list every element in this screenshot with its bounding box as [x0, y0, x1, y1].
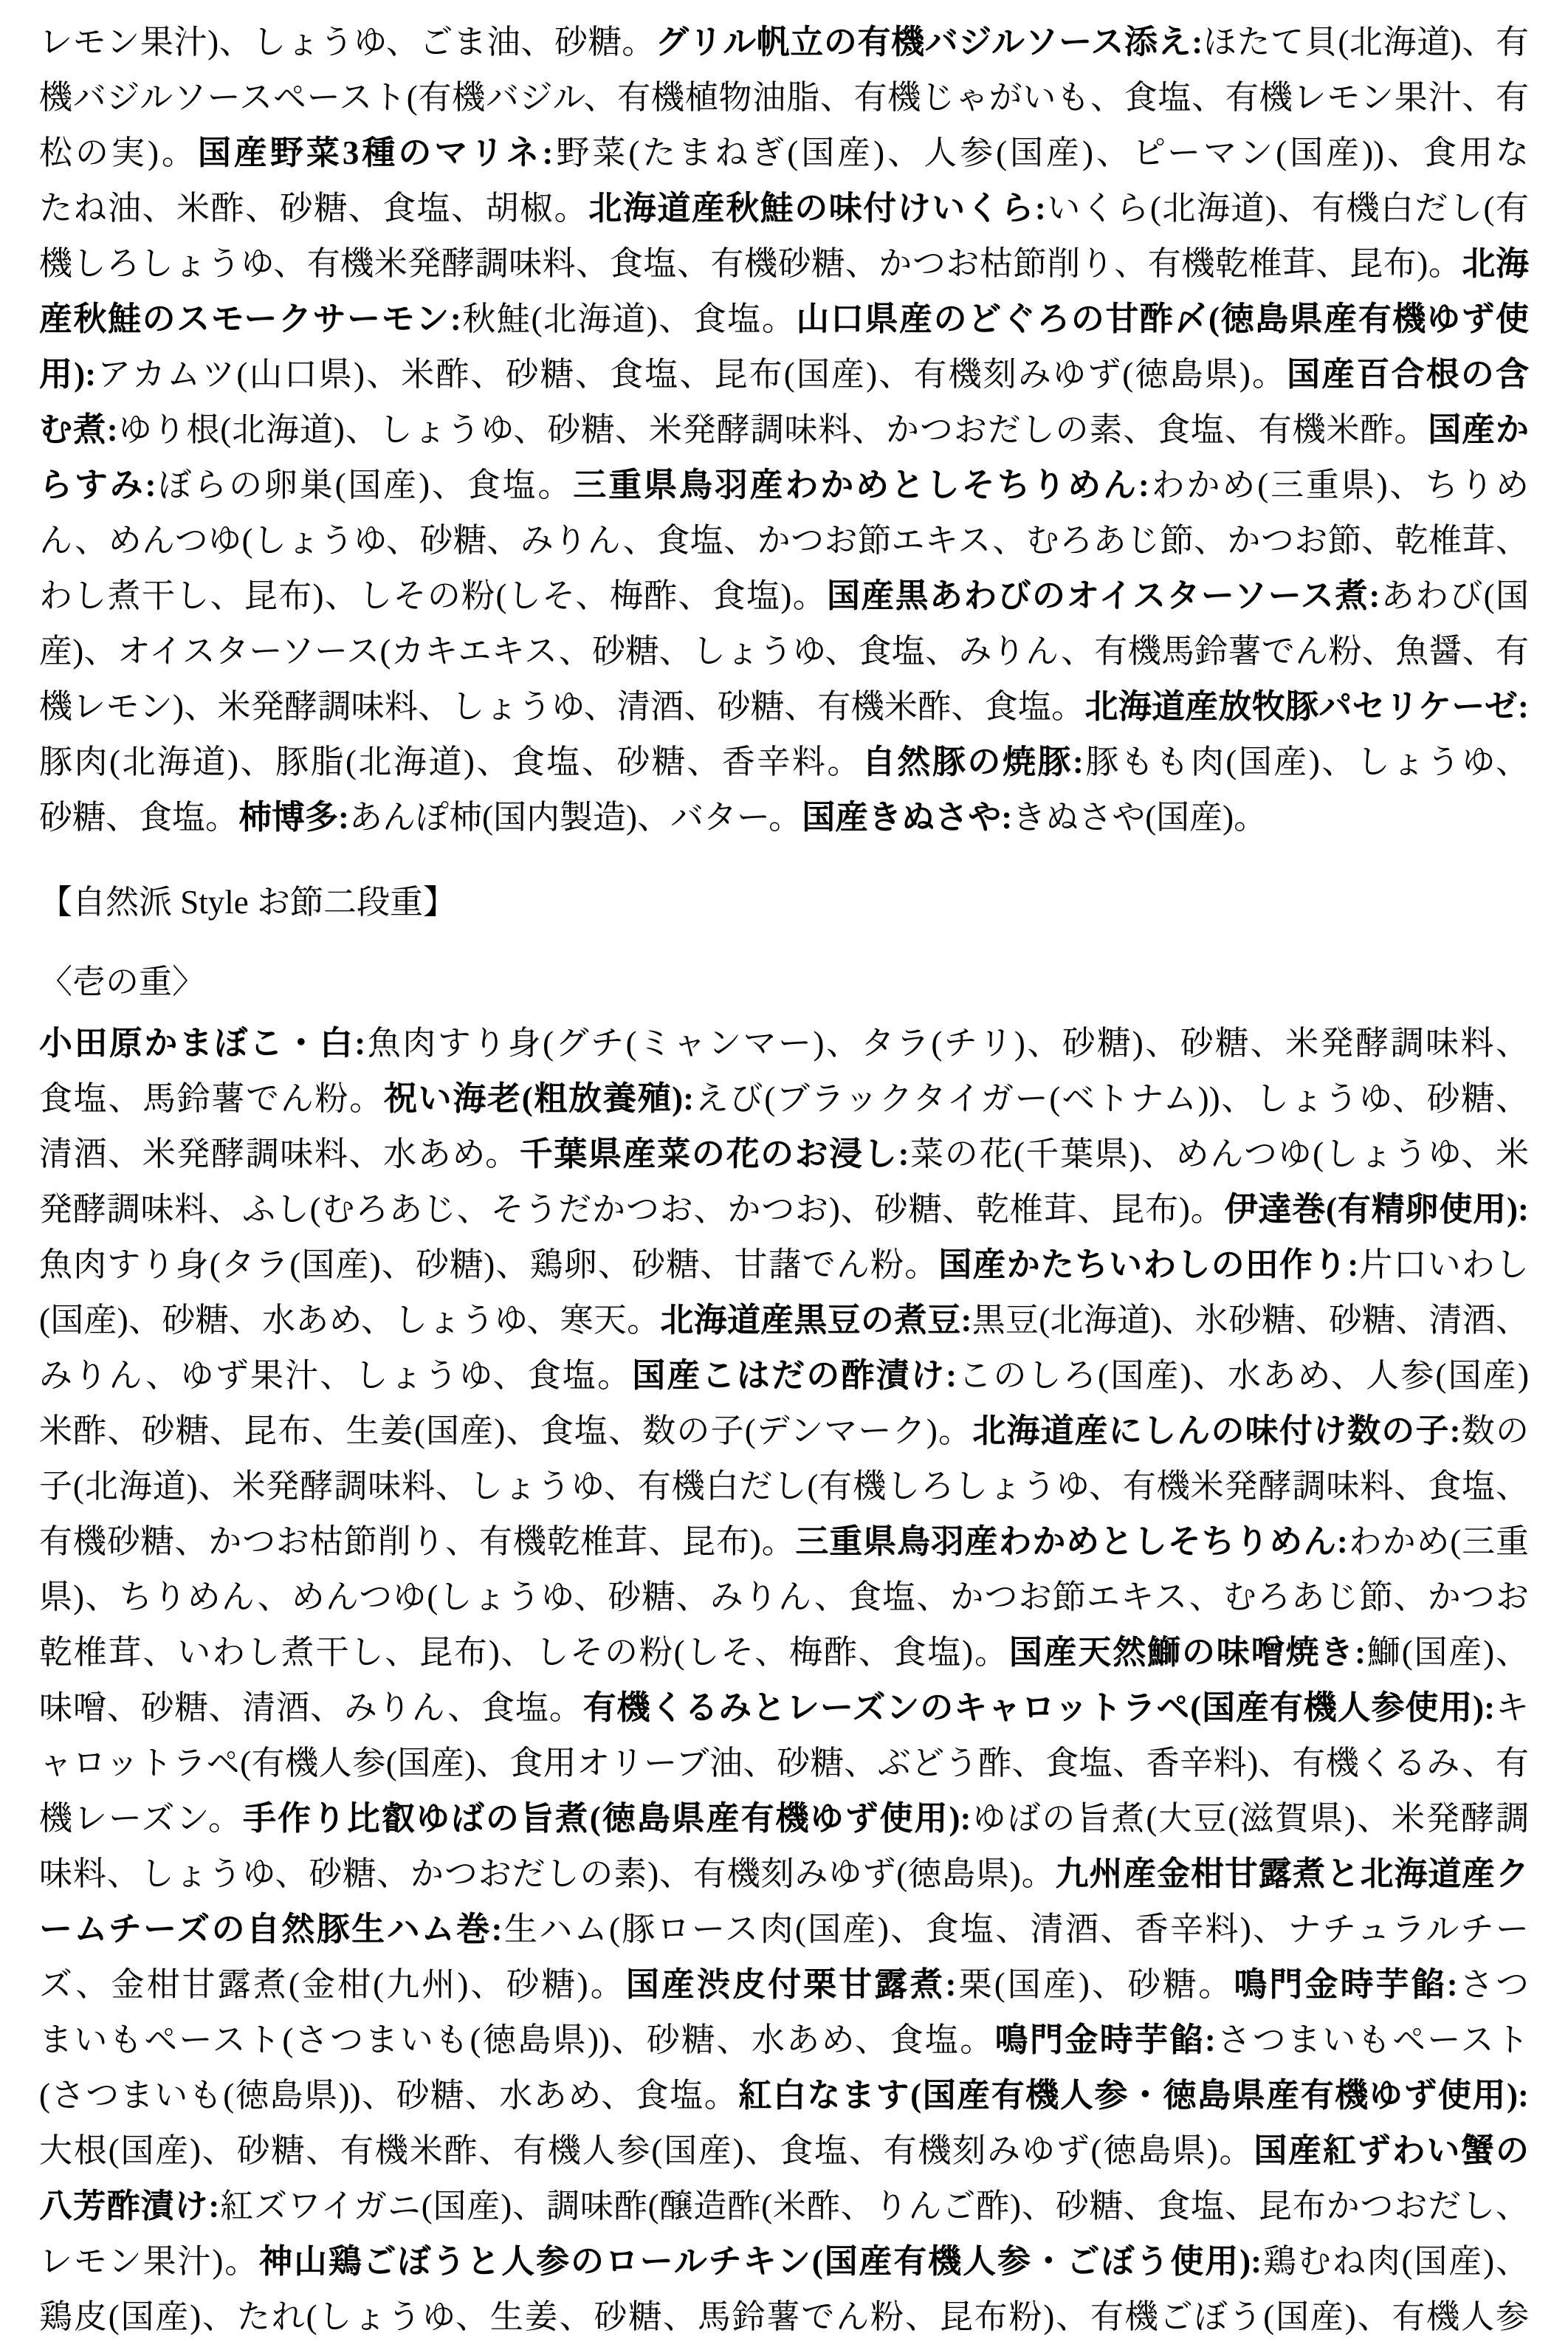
document-page: レモン果汁)、しょうゆ、ごま油、砂糖。グリル帆立の有機バジルソース添え:ほたて貝…	[0, 0, 1568, 2350]
ingredient-text: 大根(国産)、砂糖、有機米酢、有機人参(国産)、食塩、有機刻みゆず(徳島県)。	[39, 2132, 1254, 2169]
dish-name: 柿博多:	[238, 799, 349, 836]
text-line: 子(北海道)、米発酵調味料、しょうゆ、有機白だし(有機しろしょうゆ、有機米発酵調…	[39, 1459, 1529, 1514]
text-line: ん、めんつゆ(しょうゆ、砂糖、みりん、食塩、かつお節エキス、むろあじ節、かつお節…	[39, 513, 1529, 568]
dish-name: 国産紅ずわい蟹の	[1254, 2132, 1529, 2169]
ingredient-text: ゆばの旨煮(大豆(滋賀県)、米発酵調	[971, 1800, 1529, 1837]
ingredient-text: ぼらの卵巣(国産)、食塩。	[157, 467, 574, 504]
ingredient-text: 有機砂糖、かつお枯節削り、有機乾椎茸、昆布)。	[39, 1523, 795, 1560]
ingredient-text: 子(北海道)、米発酵調味料、しょうゆ、有機白だし(有機しろしょうゆ、有機米発酵調…	[39, 1468, 1529, 1505]
ingredient-text: ズ、金柑甘露煮(金柑(九州)、砂糖)。	[39, 1966, 626, 2003]
text-line: たね油、米酢、砂糖、食塩、胡椒。北海道産秋鮭の味付けいくら:いくら(北海道)、有…	[39, 181, 1529, 236]
ingredient-text: 黒豆(北海道)、氷砂糖、砂糖、清酒、	[972, 1302, 1529, 1339]
ingredient-text: 砂糖、食塩。	[39, 799, 238, 836]
ingredient-text: ゆり根(北海道)、しょうゆ、砂糖、米発酵調味料、かつおだしの素、食塩、有機米酢。	[118, 411, 1428, 448]
text-line: ームチーズの自然豚生ハム巻:生ハム(豚ロース肉(国産)、食塩、清酒、香辛料)、ナ…	[39, 1902, 1529, 1957]
dish-name: 三重県鳥羽産わかめとしそちりめん:	[795, 1523, 1348, 1560]
ingredient-text: きぬさや(国産)。	[1012, 799, 1267, 836]
ingredient-text: いくら(北海道)、有機白だし(有	[1046, 190, 1529, 227]
text-line: ャロットラペ(有機人参(国産)、食用オリーブ油、砂糖、ぶどう酢、食塩、香辛料)、…	[39, 1736, 1529, 1791]
ingredient-text: 紅ズワイガニ(国産)、調味酢(醸造酢(米酢、りんご酢)、砂糖、食塩、昆布かつおだ…	[219, 2188, 1529, 2224]
ingredient-text: 味噌、砂糖、清酒、みりん、食塩。	[39, 1689, 583, 1726]
ingredient-text: わかめ(三重	[1348, 1523, 1529, 1560]
text-line: らすみ:ぼらの卵巣(国産)、食塩。三重県鳥羽産わかめとしそちりめん:わかめ(三重…	[39, 458, 1529, 513]
dish-name: らすみ:	[39, 467, 157, 504]
ingredient-text: 秋鮭(北海道)、食塩。	[461, 300, 797, 337]
document-body: レモン果汁)、しょうゆ、ごま油、砂糖。グリル帆立の有機バジルソース添え:ほたて貝…	[0, 0, 1568, 2345]
dish-name: 紅白なます(国産有機人参・徳島県産有機ゆず使用):	[738, 2077, 1529, 2114]
ingredient-text: 米酢、砂糖、昆布、生姜(国産)、食塩、数の子(デンマーク)。	[39, 1412, 972, 1449]
ingredient-text: 鶏むね肉(国産)、	[1262, 2243, 1529, 2280]
dish-name: 国産きぬさや:	[802, 799, 1012, 836]
ingredient-text: 菜の花(千葉県)、めんつゆ(しょうゆ、米	[909, 1136, 1530, 1172]
text-line: 小田原かまぼこ・白:魚肉すり身(グチ(ミャンマー)、タラ(チリ)、砂糖)、砂糖、…	[39, 1016, 1529, 1071]
dish-name: 三重県鳥羽産わかめとしそちりめん:	[573, 467, 1149, 504]
dish-name: 北海道産秋鮭の味付けいくら:	[588, 190, 1046, 227]
text-line: 県)、ちりめん、めんつゆ(しょうゆ、砂糖、みりん、食塩、かつお節エキス、むろあじ…	[39, 1570, 1529, 1625]
dish-name: む煮:	[39, 411, 118, 448]
ingredient-text: アカムツ(山口県)、米酢、砂糖、食塩、昆布(国産)、有機刻みゆず(徳島県)。	[96, 356, 1287, 393]
dish-name: 神山鶏ごぼうと人参のロールチキン(国産有機人参・ごぼう使用):	[259, 2243, 1262, 2280]
ingredient-text: 豚もも肉(国産)、しょうゆ、	[1084, 743, 1529, 780]
ingredient-text: 県)、ちりめん、めんつゆ(しょうゆ、砂糖、みりん、食塩、かつお節エキス、むろあじ…	[39, 1578, 1529, 1625]
ingredient-text: 鶏皮(国産)、たれ(しょうゆ、生姜、砂糖、馬鈴薯でん粉、昆布粉)、有機ごぼう(国…	[39, 2298, 1529, 2335]
ingredient-text: わし煮干し、昆布)、しその粉(しそ、梅酢、食塩)。	[39, 577, 827, 614]
dish-name: 産秋鮭のスモークサーモン:	[39, 300, 461, 337]
ingredient-text: えび(ブラックタイガー(ベトナム))、しょうゆ、砂糖、	[694, 1080, 1529, 1117]
ingredient-text: (さつまいも(徳島県))、砂糖、水あめ、食塩。	[39, 2077, 738, 2114]
dish-name: 有機くるみとレーズンのキャロットラペ(国産有機人参使用):	[583, 1689, 1495, 1726]
text-line: 砂糖、食塩。柿博多:あんぽ柿(国内製造)、バター。国産きぬさや:きぬさや(国産)…	[39, 790, 1529, 845]
ingredient-text: ほたて貝(北海道)、有	[1203, 24, 1529, 61]
ingredient-text: 魚肉すり身(グチ(ミャンマー)、タラ(チリ)、砂糖)、砂糖、米発酵調味料、	[365, 1025, 1529, 1062]
set-title-heading: 【自然派 Style お節二段重】	[39, 875, 1529, 930]
text-line: 機レモン)、米発酵調味料、しょうゆ、清酒、砂糖、有機米酢、食塩。北海道産放牧豚パ…	[39, 679, 1529, 735]
ingredient-text: 片口いわし	[1358, 1246, 1529, 1283]
dish-name: 国産か	[1428, 411, 1529, 448]
dish-name: ームチーズの自然豚生ハム巻:	[39, 1911, 503, 1948]
text-line: 鶏皮(国産)、たれ(しょうゆ、生姜、砂糖、馬鈴薯でん粉、昆布粉)、有機ごぼう(国…	[39, 2289, 1529, 2345]
ingredient-text: さつ	[1458, 1966, 1529, 2003]
dish-name: 北海道産にしんの味付け数の子:	[972, 1412, 1460, 1449]
text-line: まいもペースト(さつまいも(徳島県))、砂糖、水あめ、食塩。鳴門金時芋餡:さつま…	[39, 2013, 1529, 2068]
text-line: 機バジルソースペースト(有機バジル、有機植物油脂、有機じゃがいも、食塩、有機レモ…	[39, 70, 1529, 126]
ingredient-text: たね油、米酢、砂糖、食塩、胡椒。	[39, 190, 588, 227]
ingredient-text: 野菜(たまねぎ(国産)、人参(国産)、ピーマン(国産))、食用な	[553, 134, 1529, 171]
ingredient-text: あんぽ柿(国内製造)、バター。	[349, 799, 802, 836]
text-line: 大根(国産)、砂糖、有機米酢、有機人参(国産)、食塩、有機刻みゆず(徳島県)。国…	[39, 2123, 1529, 2179]
ingredient-text: あわび(国	[1380, 577, 1529, 614]
dish-name: グリル帆立の有機バジルソース添え:	[656, 24, 1203, 61]
text-line: 用):アカムツ(山口県)、米酢、砂糖、食塩、昆布(国産)、有機刻みゆず(徳島県)…	[39, 347, 1529, 402]
tier-one-subheading: 〈壱の重〉	[39, 955, 1529, 1010]
text-line: 味料、しょうゆ、砂糖、かつおだしの素)、有機刻みゆず(徳島県)。九州産金柑甘露煮…	[39, 1846, 1529, 1902]
ingredient-text: 数の	[1461, 1412, 1529, 1449]
dish-name: 自然豚の焼豚:	[862, 743, 1084, 780]
text-line: 米酢、砂糖、昆布、生姜(国産)、食塩、数の子(デンマーク)。北海道産にしんの味付…	[39, 1404, 1529, 1459]
ingredient-text: 栗(国産)、砂糖。	[957, 1966, 1234, 2003]
ingredient-text: わかめ(三重県)、ちりめ	[1149, 467, 1529, 504]
ingredient-text: 松の実)。	[39, 134, 198, 171]
dish-name: 国産かたちいわしの田作り:	[938, 1246, 1358, 1283]
ingredient-text: 魚肉すり身(タラ(国産)、砂糖)、鶏卵、砂糖、甘藷でん粉。	[39, 1246, 938, 1283]
dish-name: 鳴門金時芋餡:	[995, 2021, 1216, 2058]
ingredient-text: 清酒、米発酵調味料、水あめ。	[39, 1136, 520, 1172]
dish-name: 国産百合根の含	[1287, 356, 1529, 393]
ingredient-text: (国産)、砂糖、水あめ、しょうゆ、寒天。	[39, 1302, 660, 1339]
ingredient-text: レモン果汁)。	[39, 2243, 259, 2280]
text-line: 松の実)。国産野菜3種のマリネ:野菜(たまねぎ(国産)、人参(国産)、ピーマン(…	[39, 126, 1529, 181]
ingredient-text: 機レーズン。	[39, 1800, 243, 1837]
ingredient-text: 鰤(国産)、	[1366, 1634, 1529, 1671]
dish-name: 北海道産放牧豚パセリケーゼ:	[1084, 688, 1529, 725]
ingredient-text: レモン果汁)、しょうゆ、ごま油、砂糖。	[39, 24, 656, 61]
text-line: む煮:ゆり根(北海道)、しょうゆ、砂糖、米発酵調味料、かつおだしの素、食塩、有機…	[39, 402, 1529, 458]
text-line: みりん、ゆず果汁、しょうゆ、食塩。国産こはだの酢漬け:このしろ(国産)、水あめ、…	[39, 1348, 1529, 1404]
text-line: 機しろしょうゆ、有機米発酵調味料、食塩、有機砂糖、かつお枯節削り、有機乾椎茸、昆…	[39, 236, 1529, 292]
ingredient-text: ャロットラペ(有機人参(国産)、食用オリーブ油、砂糖、ぶどう酢、食塩、香辛料)、…	[39, 1745, 1529, 1782]
ingredient-text: ん、めんつゆ(しょうゆ、砂糖、みりん、食塩、かつお節エキス、むろあじ節、かつお節…	[39, 522, 1529, 568]
ingredient-text: 乾椎茸、いわし煮干し、昆布)、しその粉(しそ、梅酢、食塩)。	[39, 1634, 1009, 1671]
text-line: ズ、金柑甘露煮(金柑(九州)、砂糖)。国産渋皮付栗甘露煮:栗(国産)、砂糖。鳴門…	[39, 1957, 1529, 2013]
ingredient-text: 産)、オイスターソース(カキエキス、砂糖、しょうゆ、食塩、みりん、有機馬鈴薯でん…	[39, 633, 1529, 670]
ingredient-text: 味料、しょうゆ、砂糖、かつおだしの素)、有機刻みゆず(徳島県)。	[39, 1855, 1055, 1892]
ingredient-text: キ	[1495, 1689, 1529, 1726]
text-line: レモン果汁)、しょうゆ、ごま油、砂糖。グリル帆立の有機バジルソース添え:ほたて貝…	[39, 15, 1529, 70]
text-line: (国産)、砂糖、水あめ、しょうゆ、寒天。北海道産黒豆の煮豆:黒豆(北海道)、氷砂…	[39, 1293, 1529, 1348]
text-line: 産秋鮭のスモークサーモン:秋鮭(北海道)、食塩。山口県産のどぐろの甘酢〆(徳島県…	[39, 292, 1529, 347]
text-line: わし煮干し、昆布)、しその粉(しそ、梅酢、食塩)。国産黒あわびのオイスターソース…	[39, 568, 1529, 624]
dish-name: 伊達巻(有精卵使用):	[1225, 1191, 1529, 1228]
text-line: 豚肉(北海道)、豚脂(北海道)、食塩、砂糖、香辛料。自然豚の焼豚:豚もも肉(国産…	[39, 735, 1529, 790]
dish-name: 鳴門金時芋餡:	[1234, 1966, 1457, 2003]
ingredient-text: 機しろしょうゆ、有機米発酵調味料、食塩、有機砂糖、かつお枯節削り、有機乾椎茸、昆…	[39, 245, 1462, 282]
dish-name: 国産黒あわびのオイスターソース煮:	[827, 577, 1380, 614]
dish-name: 国産野菜3種のマリネ:	[198, 134, 553, 171]
dish-name: 北海道産黒豆の煮豆:	[660, 1302, 972, 1339]
text-line: 乾椎茸、いわし煮干し、昆布)、しその粉(しそ、梅酢、食塩)。国産天然鰤の味噌焼き…	[39, 1625, 1529, 1680]
text-line: 味噌、砂糖、清酒、みりん、食塩。有機くるみとレーズンのキャロットラペ(国産有機人…	[39, 1680, 1529, 1736]
text-line: (さつまいも(徳島県))、砂糖、水あめ、食塩。紅白なます(国産有機人参・徳島県産…	[39, 2068, 1529, 2123]
text-line: 清酒、米発酵調味料、水あめ。千葉県産菜の花のお浸し:菜の花(千葉県)、めんつゆ(…	[39, 1127, 1529, 1182]
ingredient-text: さつまいもペースト	[1216, 2021, 1529, 2058]
dish-name: 国産渋皮付栗甘露煮:	[626, 1966, 957, 2003]
ingredient-text: このしろ(国産)、水あめ、人参(国産)	[957, 1357, 1529, 1394]
text-line: 有機砂糖、かつお枯節削り、有機乾椎茸、昆布)。三重県鳥羽産わかめとしそちりめん:…	[39, 1514, 1529, 1570]
text-line: 産)、オイスターソース(カキエキス、砂糖、しょうゆ、食塩、みりん、有機馬鈴薯でん…	[39, 624, 1529, 679]
ingredient-text: 発酵調味料、ふし(むろあじ、そうだかつお、かつお)、砂糖、乾椎茸、昆布)。	[39, 1191, 1225, 1228]
ingredient-text: 生ハム(豚ロース肉(国産)、食塩、清酒、香辛料)、ナチュラルチー	[503, 1911, 1529, 1948]
dish-name: 千葉県産菜の花のお浸し:	[520, 1136, 909, 1172]
dish-name: 小田原かまぼこ・白:	[39, 1025, 365, 1062]
text-line: 発酵調味料、ふし(むろあじ、そうだかつお、かつお)、砂糖、乾椎茸、昆布)。伊達巻…	[39, 1182, 1529, 1237]
ingredient-text: みりん、ゆず果汁、しょうゆ、食塩。	[39, 1357, 632, 1394]
dish-name: 山口県産のどぐろの甘酢〆(徳島県産有機ゆず使	[796, 300, 1529, 337]
ingredient-text: 機バジルソースペースト(有機バジル、有機植物油脂、有機じゃがいも、食塩、有機レモ…	[39, 79, 1529, 126]
text-line: レモン果汁)。神山鶏ごぼうと人参のロールチキン(国産有機人参・ごぼう使用):鶏む…	[39, 2234, 1529, 2289]
tier-one-ingredient-list: 小田原かまぼこ・白:魚肉すり身(グチ(ミャンマー)、タラ(チリ)、砂糖)、砂糖、…	[39, 1016, 1529, 2345]
ingredient-text: 食塩、馬鈴薯でん粉。	[39, 1080, 384, 1117]
dish-name: 祝い海老(粗放養殖):	[384, 1080, 694, 1117]
ingredient-text: 豚肉(北海道)、豚脂(北海道)、食塩、砂糖、香辛料。	[39, 743, 862, 780]
text-line: 魚肉すり身(タラ(国産)、砂糖)、鶏卵、砂糖、甘藷でん粉。国産かたちいわしの田作…	[39, 1237, 1529, 1293]
dish-name: 国産天然鰤の味噌焼き:	[1009, 1634, 1366, 1671]
text-line: 八芳酢漬け:紅ズワイガニ(国産)、調味酢(醸造酢(米酢、りんご酢)、砂糖、食塩、…	[39, 2179, 1529, 2234]
ingredient-text: 機レモン)、米発酵調味料、しょうゆ、清酒、砂糖、有機米酢、食塩。	[39, 688, 1084, 725]
ingredient-text: まいもペースト(さつまいも(徳島県))、砂糖、水あめ、食塩。	[39, 2021, 995, 2058]
dish-name: 用):	[39, 356, 96, 393]
text-line: 食塩、馬鈴薯でん粉。祝い海老(粗放養殖):えび(ブラックタイガー(ベトナム))、…	[39, 1071, 1529, 1127]
text-line: 機レーズン。手作り比叡ゆばの旨煮(徳島県産有機ゆず使用):ゆばの旨煮(大豆(滋賀…	[39, 1791, 1529, 1846]
ingredient-list-continued: レモン果汁)、しょうゆ、ごま油、砂糖。グリル帆立の有機バジルソース添え:ほたて貝…	[39, 15, 1529, 845]
dish-name: 国産こはだの酢漬け:	[632, 1357, 957, 1394]
dish-name: 八芳酢漬け:	[39, 2188, 219, 2224]
dish-name: 手作り比叡ゆばの旨煮(徳島県産有機ゆず使用):	[243, 1800, 971, 1837]
